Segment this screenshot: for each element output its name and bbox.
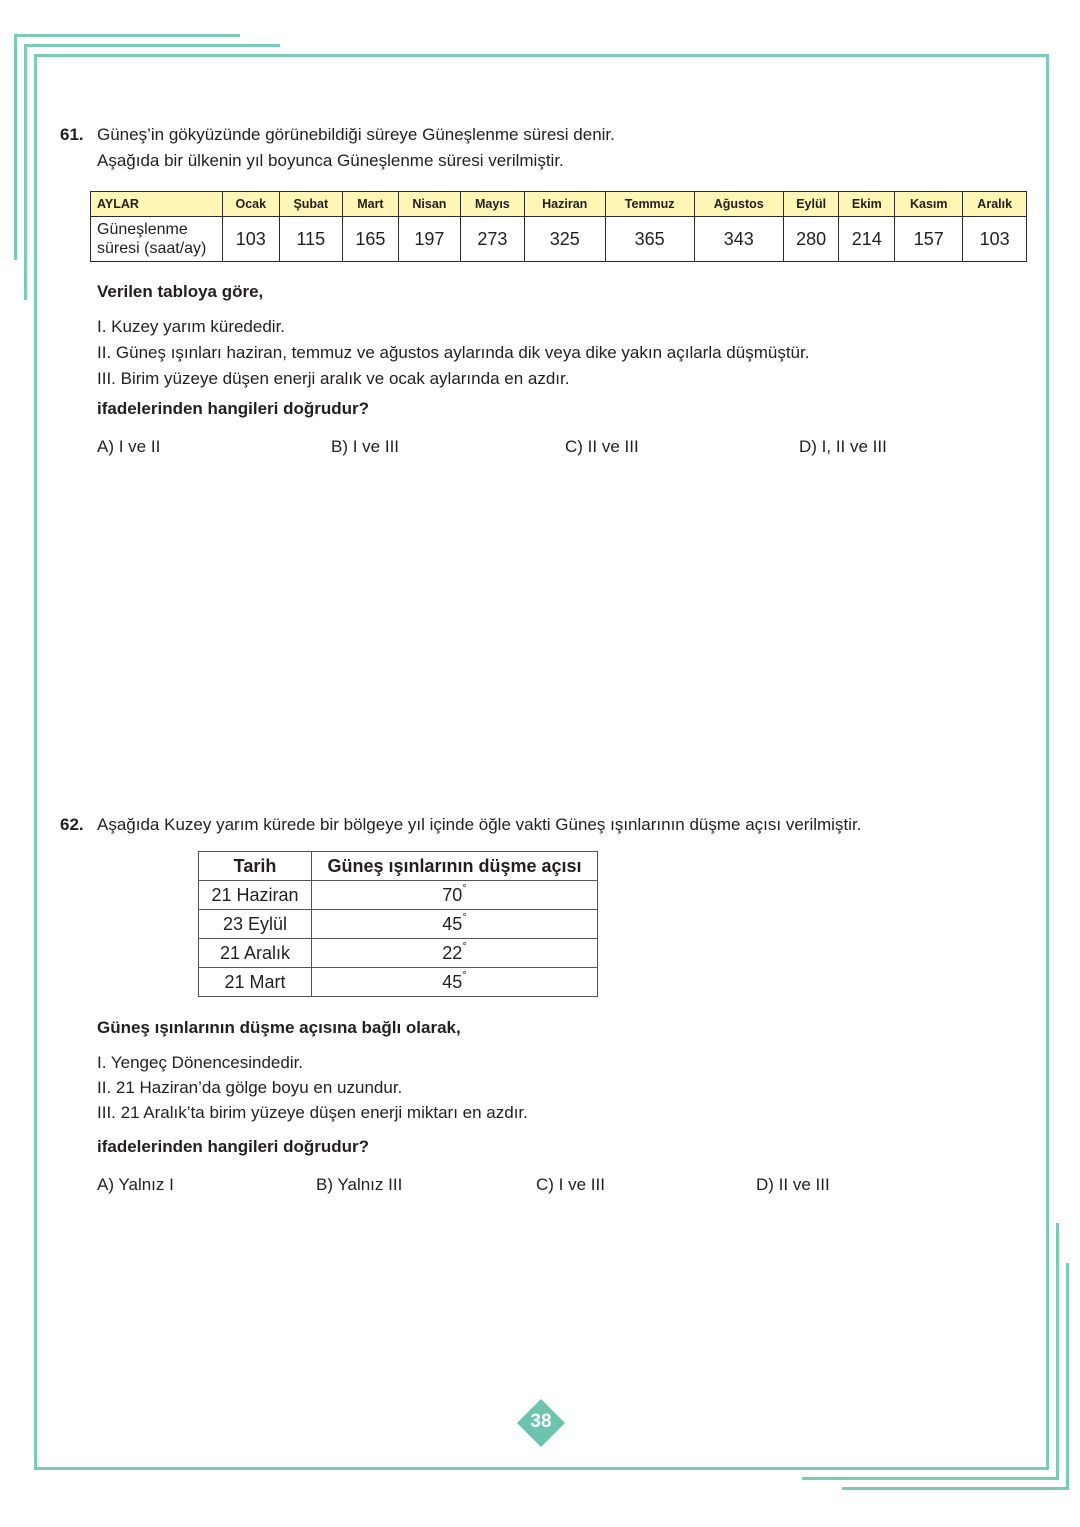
angle-cell: 45° [312, 910, 598, 939]
date-cell: 23 Eylül [199, 910, 312, 939]
sunshine-value: 365 [605, 217, 694, 262]
answer-option-d[interactable]: D) II ve III [756, 1175, 830, 1195]
sunshine-value: 115 [279, 217, 343, 262]
row-label: Güneşlenme süresi (saat/ay) [91, 217, 223, 262]
sunshine-value: 103 [223, 217, 280, 262]
table-row: 21 Aralık22° [199, 939, 598, 968]
question-intro: Aşağıda Kuzey yarım kürede bir bölgeye y… [97, 815, 861, 835]
degree-symbol: ° [462, 883, 466, 895]
question-lead: Güneş ışınlarının düşme açısına bağlı ol… [97, 1018, 461, 1038]
question-intro: Aşağıda bir ülkenin yıl boyunca Güneşlen… [97, 151, 564, 171]
answer-option-c[interactable]: C) I ve III [536, 1175, 605, 1195]
table-row: 21 Mart45° [199, 968, 598, 997]
frame-line [1066, 1263, 1069, 1489]
angle-cell: 22° [312, 939, 598, 968]
statement: II. Güneş ışınları haziran, temmuz ve ağ… [97, 343, 809, 363]
angle-value: 45 [442, 914, 462, 934]
question-prompt: ifadelerinden hangileri doğrudur? [97, 1137, 369, 1157]
month-header: Nisan [398, 192, 460, 217]
sunshine-value: 325 [524, 217, 605, 262]
answer-option-a[interactable]: A) I ve II [97, 437, 160, 457]
date-cell: 21 Mart [199, 968, 312, 997]
sunshine-duration-table: AYLAR OcakŞubatMartNisanMayısHaziranTemm… [90, 191, 1027, 262]
month-header: Mayıs [461, 192, 525, 217]
row-label-line: süresi (saat/ay) [97, 239, 221, 258]
frame-line [1056, 1223, 1059, 1479]
frame-line [1046, 54, 1049, 1470]
statement: I. Kuzey yarım kürededir. [97, 317, 285, 337]
question-lead: Verilen tabloya göre, [97, 282, 263, 302]
frame-line [14, 34, 17, 260]
answer-option-b[interactable]: B) I ve III [331, 437, 399, 457]
sunshine-value: 165 [343, 217, 399, 262]
month-header: Haziran [524, 192, 605, 217]
month-header: Kasım [895, 192, 963, 217]
frame-line [802, 1477, 1059, 1480]
sunshine-value: 273 [461, 217, 525, 262]
month-header: Ocak [223, 192, 280, 217]
sunshine-value: 197 [398, 217, 460, 262]
answer-option-c[interactable]: C) II ve III [565, 437, 639, 457]
statement: III. Birim yüzeye düşen enerji aralık ve… [97, 369, 569, 389]
question-prompt: ifadelerinden hangileri doğrudur? [97, 399, 369, 419]
angle-cell: 70° [312, 881, 598, 910]
frame-line [34, 1467, 1049, 1470]
frame-line [14, 34, 240, 37]
row-label-line: Güneşlenme [97, 220, 221, 239]
angle-value: 22 [442, 943, 462, 963]
angle-value: 45 [442, 972, 462, 992]
table-row: 21 Haziran70° [199, 881, 598, 910]
angle-value: 70 [442, 885, 462, 905]
sunshine-value: 157 [895, 217, 963, 262]
answer-option-d[interactable]: D) I, II ve III [799, 437, 887, 457]
answer-option-b[interactable]: B) Yalnız III [316, 1175, 402, 1195]
statement: II. 21 Haziran’da gölge boyu en uzundur. [97, 1078, 402, 1098]
frame-line [24, 44, 280, 47]
month-header: Ağustos [694, 192, 783, 217]
table-header: AYLAR [91, 192, 223, 217]
page-number: 38 [519, 1411, 563, 1433]
table-header: Tarih [199, 852, 312, 881]
month-header: Ekim [839, 192, 895, 217]
degree-symbol: ° [462, 941, 466, 953]
frame-line [34, 54, 37, 1470]
question-number: 62. [60, 815, 84, 835]
frame-line [34, 54, 1049, 57]
sunshine-value: 214 [839, 217, 895, 262]
date-cell: 21 Haziran [199, 881, 312, 910]
month-header: Temmuz [605, 192, 694, 217]
month-header: Şubat [279, 192, 343, 217]
table-header: Güneş ışınlarının düşme açısı [312, 852, 598, 881]
answer-option-a[interactable]: A) Yalnız I [97, 1175, 174, 1195]
question-number: 61. [60, 125, 84, 145]
question-intro: Güneş’in gökyüzünde görünebildiği süreye… [97, 125, 615, 145]
table-row: 23 Eylül45° [199, 910, 598, 939]
sunshine-value: 280 [783, 217, 839, 262]
sunshine-value: 343 [694, 217, 783, 262]
date-cell: 21 Aralık [199, 939, 312, 968]
frame-line [842, 1487, 1069, 1490]
month-header: Aralık [963, 192, 1027, 217]
degree-symbol: ° [462, 912, 466, 924]
angle-cell: 45° [312, 968, 598, 997]
frame-line [24, 44, 27, 300]
sunshine-value: 103 [963, 217, 1027, 262]
month-header: Mart [343, 192, 399, 217]
month-header: Eylül [783, 192, 839, 217]
statement: I. Yengeç Dönencesindedir. [97, 1053, 303, 1073]
degree-symbol: ° [462, 970, 466, 982]
statement: III. 21 Aralık’ta birim yüzeye düşen ene… [97, 1103, 528, 1123]
sun-angle-table: Tarih Güneş ışınlarının düşme açısı 21 H… [198, 851, 598, 997]
